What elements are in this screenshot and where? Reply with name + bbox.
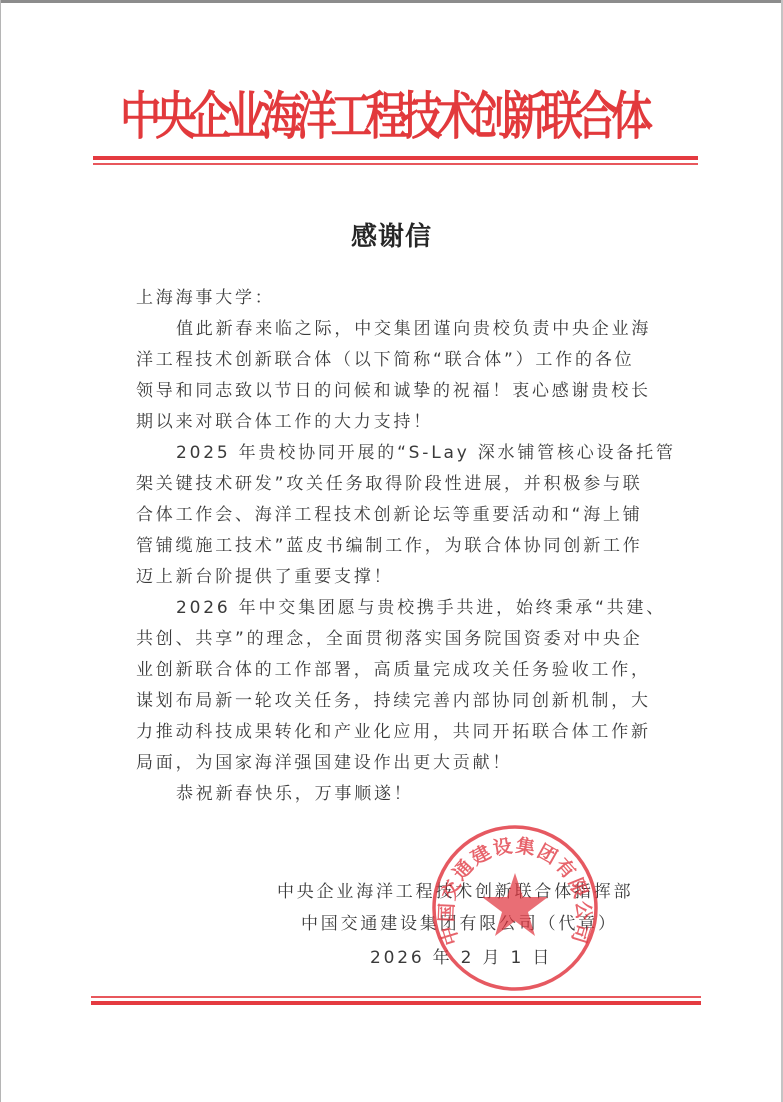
- paragraph-2-line: 合体工作会、海洋工程技术创新论坛等重要活动和“海上铺: [136, 504, 676, 526]
- masthead-title: 中央企业海洋工程技术创新联合体: [120, 82, 613, 149]
- paragraph-2-line: 2025 年贵校协同开展的“S-Lay 深水铺管核心设备托管: [136, 442, 716, 464]
- salutation: 上海海事大学：: [136, 287, 676, 309]
- paragraph-3-line: 谋划布局新一轮攻关任务，持续完善内部协同创新机制，大: [136, 690, 676, 712]
- header-rule-thin: [93, 163, 698, 165]
- paragraph-3-line: 局面，为国家海洋强国建设作出更大贡献！: [136, 752, 676, 774]
- letter-title: 感谢信: [0, 216, 783, 253]
- paragraph-3-line: 力推动科技成果转化和产业化应用，共同开拓联合体工作新: [136, 721, 676, 743]
- paragraph-2-line: 架关键技术研发”攻关任务取得阶段性进展，并积极参与联: [136, 473, 676, 495]
- paragraph-1-line: 值此新春来临之际，中交集团谨向贵校负责中央企业海: [136, 318, 716, 340]
- paragraph-3-line: 2026 年中交集团愿与贵校携手共进，始终秉承“共建、: [136, 597, 716, 619]
- paragraph-3-line: 业创新联合体的工作部署，高质量完成攻关任务验收工作，: [136, 659, 676, 681]
- paragraph-2-line: 管铺缆施工技术”蓝皮书编制工作，为联合体协同创新工作: [136, 535, 676, 557]
- paragraph-1-line: 领导和同志致以节日的问候和诚挚的祝福！衷心感谢贵校长: [136, 380, 676, 402]
- paragraph-1-line: 期以来对联合体工作的大力支持！: [136, 411, 676, 433]
- closing-greeting: 恭祝新春快乐，万事顺遂！: [136, 783, 716, 805]
- paragraph-3-line: 共创、共享”的理念，全面贯彻落实国务院国资委对中央企: [136, 628, 676, 650]
- signature-organization: 中央企业海洋工程技术创新联合体指挥部: [277, 881, 633, 903]
- header-rule-thick: [93, 156, 698, 160]
- paragraph-2-line: 迈上新台阶提供了重要支撑！: [136, 566, 676, 588]
- signature-date: 2026 年 2 月 1 日: [370, 947, 552, 969]
- paragraph-1-line: 洋工程技术创新联合体（以下简称“联合体”）工作的各位: [136, 349, 676, 371]
- signature-company: 中国交通建设集团有限公司（代章）: [301, 913, 618, 935]
- footer-rule-thin: [91, 996, 701, 998]
- scan-border-top: [0, 0, 783, 3]
- footer-rule-thick: [91, 1001, 701, 1005]
- scan-border-left: [0, 0, 1, 1102]
